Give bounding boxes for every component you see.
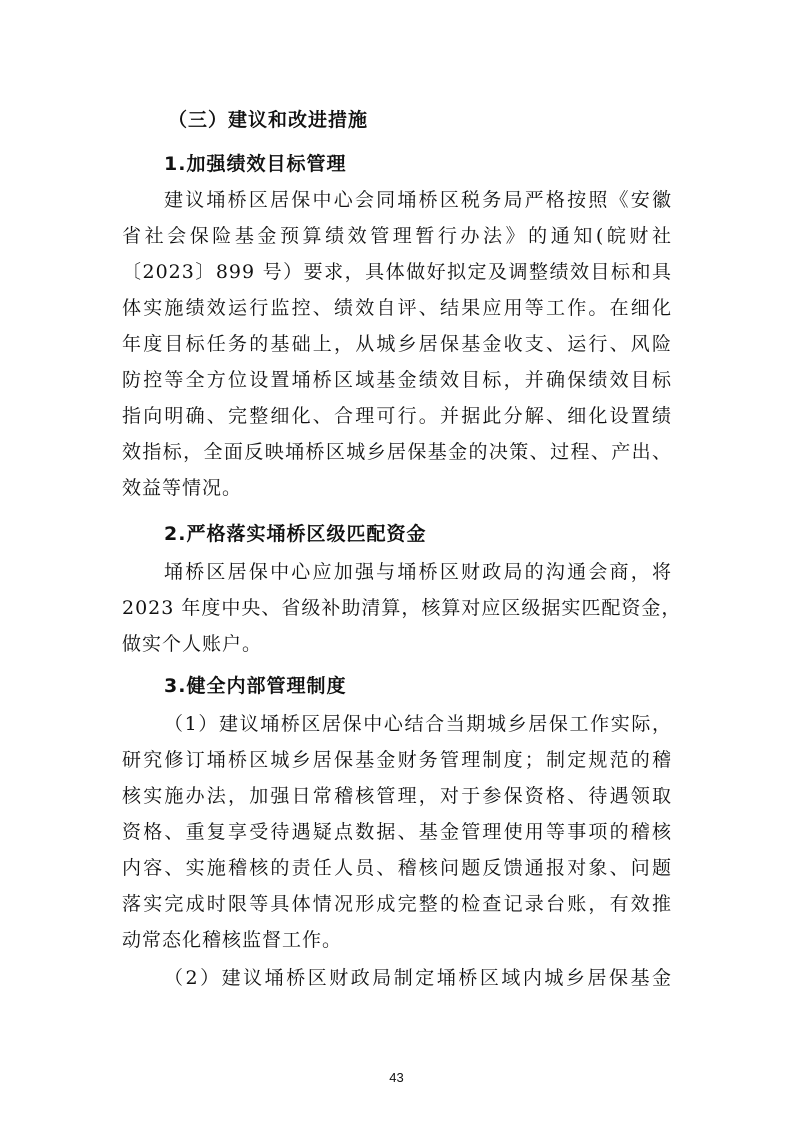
paragraph-line: 省社会保险基金预算绩效管理暂行办法》的通知(皖财社 [122,224,672,248]
paragraph-line: （2）建议埇桥区财政局制定埇桥区域内城乡居保基金 [164,966,672,990]
paragraph-line: 核实施办法，加强日常稽核管理，对于参保资格、待遇领取 [122,784,672,808]
paragraph-line: 体实施绩效运行监控、绩效自评、结果应用等工作。在细化 [122,296,672,320]
document-page: （三）建议和改进措施 1.加强绩效目标管理 建议埇桥区居保中心会同埇桥区税务局严… [0,0,793,1122]
paragraph-line: 资格、重复享受待遇疑点数据、基金管理使用等事项的稽核 [122,820,672,844]
section-heading: （三）建议和改进措施 [168,108,368,132]
paragraph-line: 效益等情况。 [122,476,672,500]
paragraph-line: 效指标，全面反映埇桥区城乡居保基金的决策、过程、产出、 [122,440,672,464]
paragraph-line: 研究修订埇桥区城乡居保基金财务管理制度；制定规范的稽 [122,748,672,772]
paragraph-line: 内容、实施稽核的责任人员、稽核问题反馈通报对象、问题 [122,856,672,880]
page-number: 43 [0,1070,793,1085]
paragraph-line: 年度目标任务的基础上，从城乡居保基金收支、运行、风险 [122,332,672,356]
subsection-heading-2: 2.严格落实埇桥区级匹配资金 [164,522,426,546]
paragraph-line: 做实个人账户。 [122,632,672,656]
paragraph-line: 建议埇桥区居保中心会同埇桥区税务局严格按照《安徽 [164,188,672,212]
paragraph-line: 〔2023〕899 号）要求，具体做好拟定及调整绩效目标和具 [122,260,672,284]
paragraph-line: （1）建议埇桥区居保中心结合当期城乡居保工作实际， [164,712,672,736]
paragraph-line: 落实完成时限等具体情况形成完整的检查记录台账，有效推 [122,892,672,916]
paragraph-line: 防控等全方位设置埇桥区域基金绩效目标，并确保绩效目标 [122,368,672,392]
paragraph-line: 动常态化稽核监督工作。 [122,928,672,952]
paragraph-line: 2023 年度中央、省级补助清算，核算对应区级据实匹配资金， [122,596,672,620]
subsection-heading-3: 3.健全内部管理制度 [164,674,346,698]
subsection-heading-1: 1.加强绩效目标管理 [164,152,346,176]
paragraph-line: 指向明确、完整细化、合理可行。并据此分解、细化设置绩 [122,404,672,428]
paragraph-line: 埇桥区居保中心应加强与埇桥区财政局的沟通会商，将 [164,560,672,584]
